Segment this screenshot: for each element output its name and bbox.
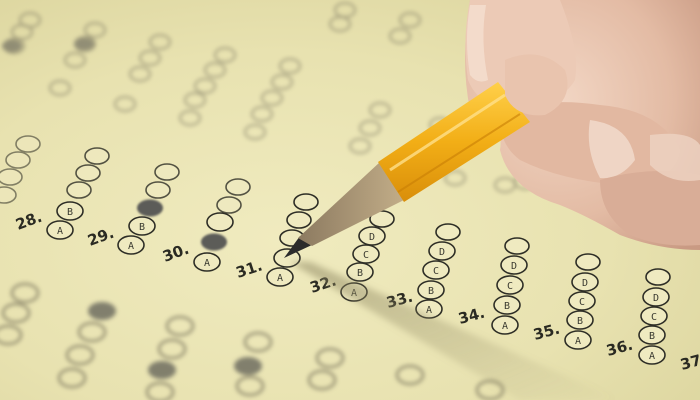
question-30: 30.	[160, 240, 191, 266]
svg-text:D: D	[439, 247, 445, 258]
svg-text:A: A	[57, 226, 63, 237]
svg-text:A: A	[204, 258, 210, 269]
svg-text:B: B	[67, 207, 73, 218]
svg-text:A: A	[502, 321, 508, 332]
svg-text:D: D	[511, 261, 517, 272]
svg-text:B: B	[504, 301, 510, 312]
svg-text:A: A	[277, 273, 283, 284]
svg-text:B: B	[577, 316, 583, 327]
question-34: 34.	[456, 304, 486, 328]
svg-text:A: A	[575, 336, 581, 347]
pencil	[284, 82, 530, 258]
scene-canvas: AB AB A A ABCD ABCD ABCD ABCD ABCD 28. 2…	[0, 0, 700, 400]
svg-text:B: B	[428, 286, 434, 297]
svg-text:B: B	[357, 268, 363, 279]
question-29: 29.	[85, 224, 116, 250]
svg-text:D: D	[582, 278, 588, 289]
svg-text:B: B	[649, 331, 655, 342]
svg-text:B: B	[139, 222, 145, 233]
svg-text:A: A	[128, 241, 134, 252]
pencil-shadow	[290, 262, 620, 400]
svg-text:C: C	[651, 312, 657, 323]
question-28: 28.	[13, 208, 44, 234]
question-31: 31.	[234, 256, 265, 281]
svg-text:C: C	[363, 250, 369, 261]
svg-text:A: A	[649, 351, 655, 362]
svg-text:C: C	[579, 297, 585, 308]
svg-text:D: D	[653, 293, 659, 304]
answer-sheet-photo: AB AB A A ABCD ABCD ABCD ABCD ABCD 28. 2…	[0, 0, 700, 400]
svg-text:C: C	[433, 266, 439, 277]
svg-text:C: C	[507, 281, 513, 292]
question-36: 36.	[604, 336, 634, 360]
question-35: 35.	[531, 320, 561, 344]
question-37: 37	[678, 351, 700, 374]
svg-text:D: D	[369, 232, 375, 243]
